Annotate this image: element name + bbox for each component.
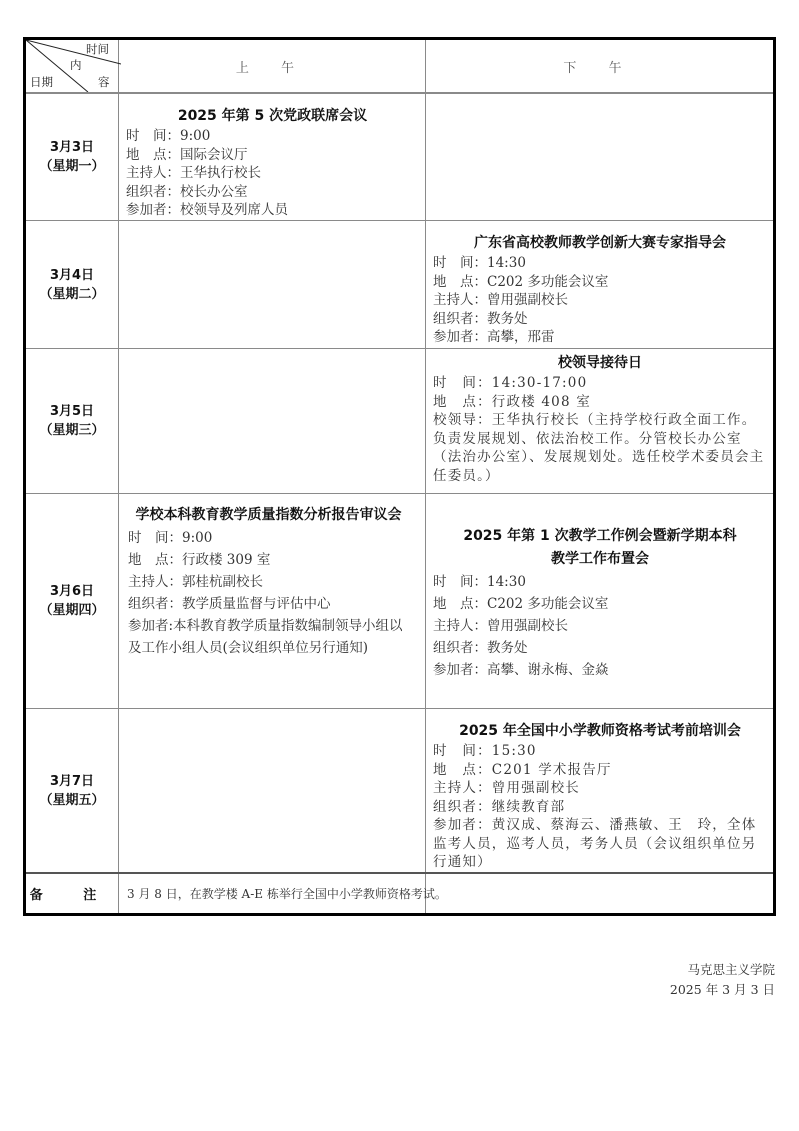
event-participants: 参加者：高攀、谢永梅、金焱 — [433, 659, 767, 681]
weekday-label: （星期二） — [39, 285, 104, 304]
event-host: 主持人：曾用强副校长 — [433, 291, 767, 310]
date-label: 3月4日 — [50, 266, 94, 285]
event-host: 主持人：郭桂杭副校长 — [128, 571, 409, 593]
event-location: 地 点：行政楼 309 室 — [128, 549, 409, 571]
date-cell: 3月7日 （星期五） — [26, 709, 118, 872]
event-title: 2025 年第 5 次党政联席会议 — [126, 106, 419, 127]
event-title: 广东省高校教师教学创新大赛专家指导会 — [433, 233, 767, 254]
event-time: 时 间：14:30-17:00 — [433, 374, 767, 393]
weekly-schedule-table: 时间 内 日期 容 上 午 下 午 3月3日 （星期一） 2025 年第 5 次… — [23, 37, 776, 916]
date-label: 3月6日 — [50, 582, 94, 601]
weekday-label: （星期一） — [39, 157, 104, 176]
event-organizer: 组织者：教务处 — [433, 637, 767, 659]
header-afternoon: 下 午 — [426, 40, 773, 92]
event-title: 2025 年全国中小学教师资格考试考前培训会 — [433, 721, 767, 742]
event-location: 地 点：C202 多功能会议室 — [433, 273, 767, 292]
corner-label-content-bottom: 容 — [98, 74, 110, 90]
date-label: 3月7日 — [50, 772, 94, 791]
event-participants: 参加者:本科教育教学质量指数编制领导小组以及工作小组人员(会议组织单位另行通知) — [128, 615, 409, 659]
event-participants: 参加者：黄汉成、蔡海云、潘燕敏、王 玲，全体监考人员，巡考人员，考务人员（会议组… — [433, 816, 767, 872]
weekday-label: （星期四） — [39, 601, 104, 620]
date-cell: 3月5日 （星期三） — [26, 349, 118, 493]
event-afternoon: 2025 年第 1 次教学工作例会暨新学期本科教学工作布置会 时 间：14:30… — [426, 494, 773, 708]
event-title: 2025 年第 1 次教学工作例会暨新学期本科教学工作布置会 — [433, 525, 767, 571]
signature-org: 马克思主义学院 — [670, 960, 775, 980]
header-corner-cell: 时间 内 日期 容 — [26, 40, 118, 92]
corner-label-time: 时间 — [86, 41, 109, 57]
event-afternoon: 2025 年全国中小学教师资格考试考前培训会 时 间：15:30 地 点：C20… — [426, 709, 773, 872]
date-label: 3月5日 — [50, 402, 94, 421]
remark-text: 3 月 8 日，在教学楼 A-E 栋举行全国中小学教师资格考试。 — [119, 874, 773, 913]
event-morning-empty — [119, 221, 425, 348]
event-time: 时 间：9:00 — [128, 527, 409, 549]
event-leader: 校领导：王华执行校长（主持学校行政全面工作。负责发展规划、依法治校工作。分管校长… — [433, 411, 767, 485]
event-organizer: 组织者：教学质量监督与评估中心 — [128, 593, 409, 615]
event-morning: 学校本科教育教学质量指数分析报告审议会 时 间：9:00 地 点：行政楼 309… — [119, 494, 425, 708]
event-host: 主持人：曾用强副校长 — [433, 615, 767, 637]
event-location: 地 点：国际会议厅 — [126, 146, 419, 165]
date-cell: 3月4日 （星期二） — [26, 221, 118, 348]
event-afternoon-empty — [426, 94, 773, 220]
remark-label: 备 注 — [26, 874, 118, 913]
event-title: 校领导接待日 — [433, 353, 767, 374]
event-participants: 参加者：高攀，邢雷 — [433, 328, 767, 347]
signature-date: 2025 年 3 月 3 日 — [670, 980, 775, 1000]
date-cell: 3月3日 （星期一） — [26, 94, 118, 220]
event-morning-empty — [119, 349, 425, 493]
event-afternoon: 校领导接待日 时 间：14:30-17:00 地 点：行政楼 408 室 校领导… — [426, 349, 773, 493]
date-cell: 3月6日 （星期四） — [26, 494, 118, 708]
event-location: 地 点：C202 多功能会议室 — [433, 593, 767, 615]
event-location: 地 点：C201 学术报告厅 — [433, 761, 767, 780]
event-organizer: 组织者：继续教育部 — [433, 798, 767, 817]
event-location: 地 点：行政楼 408 室 — [433, 393, 767, 412]
event-host: 主持人：曾用强副校长 — [433, 779, 767, 798]
event-organizer: 组织者：校长办公室 — [126, 183, 419, 202]
event-morning-empty — [119, 709, 425, 872]
event-organizer: 组织者：教务处 — [433, 310, 767, 329]
corner-label-date: 日期 — [30, 74, 53, 90]
event-participants: 参加者：校领导及列席人员 — [126, 201, 419, 220]
date-label: 3月3日 — [50, 138, 94, 157]
header-morning: 上 午 — [119, 40, 425, 92]
weekday-label: （星期五） — [39, 791, 104, 810]
event-time: 时 间：14:30 — [433, 571, 767, 593]
event-title: 学校本科教育教学质量指数分析报告审议会 — [128, 504, 409, 527]
weekday-label: （星期三） — [39, 421, 104, 440]
signature-block: 马克思主义学院 2025 年 3 月 3 日 — [670, 960, 775, 1000]
corner-label-content-top: 内 — [70, 57, 82, 73]
event-time: 时 间：9:00 — [126, 127, 419, 146]
event-time: 时 间：14:30 — [433, 254, 767, 273]
event-afternoon: 广东省高校教师教学创新大赛专家指导会 时 间：14:30 地 点：C202 多功… — [426, 221, 773, 348]
event-time: 时 间：15:30 — [433, 742, 767, 761]
event-morning: 2025 年第 5 次党政联席会议 时 间：9:00 地 点：国际会议厅 主持人… — [119, 94, 425, 220]
event-host: 主持人：王华执行校长 — [126, 164, 419, 183]
